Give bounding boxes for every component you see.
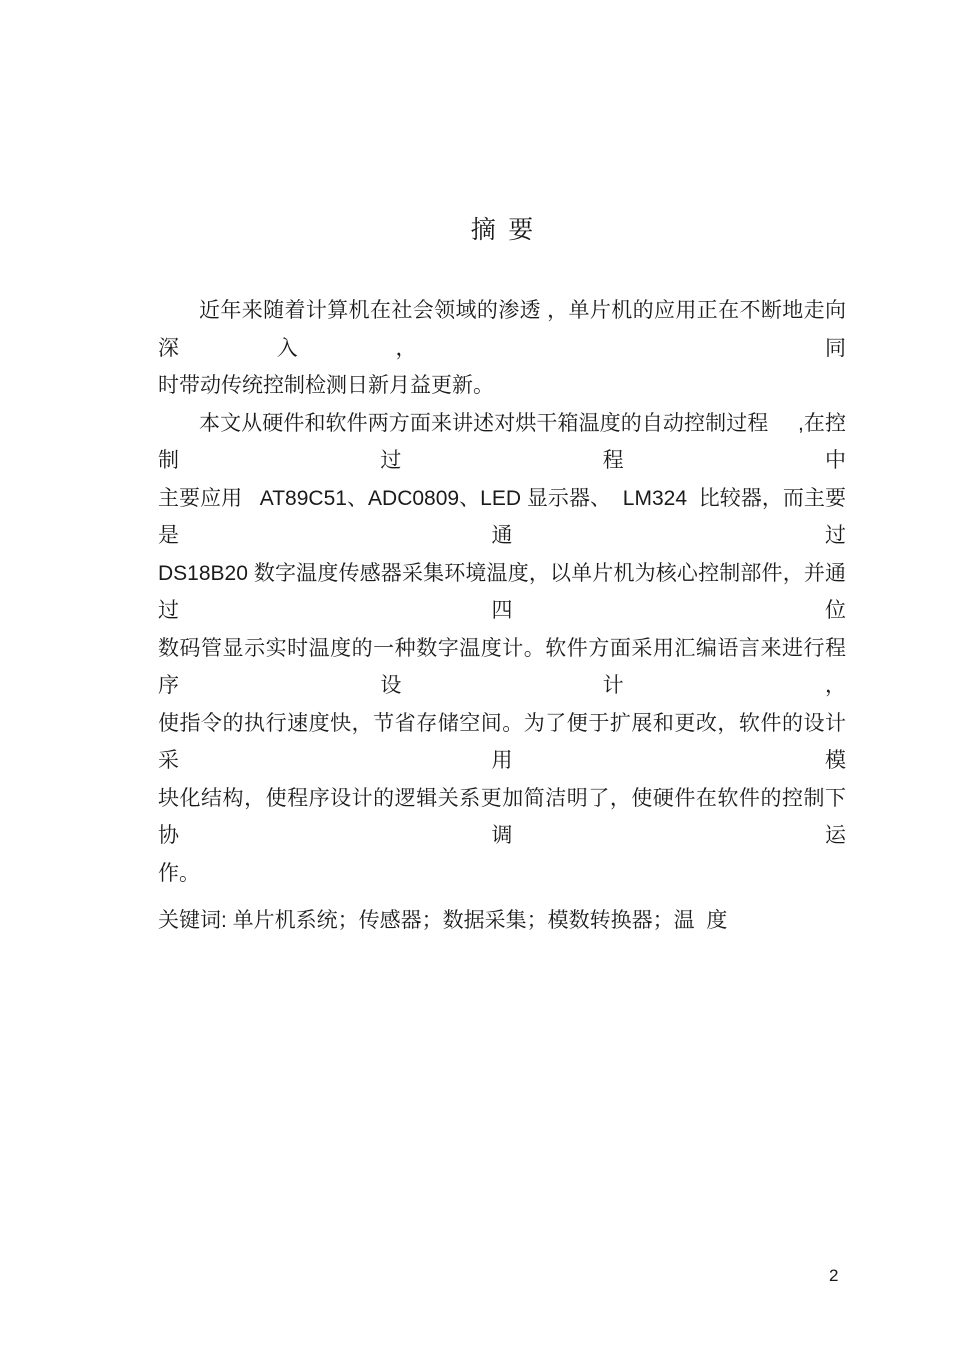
paragraph2-line-3: DS18B20 数字温度传感器采集环境温度，以单片机为核心控制部件，并通过四位 <box>158 555 846 630</box>
paragraph2-line-6: 块化结构，使程序设计的逻辑关系更加简洁明了，使硬件在软件的控制下协调运 <box>158 780 846 855</box>
abstract-body: 近年来随着计算机在社会领域的渗透 ，单片机的应用正在不断地走向深入， 同 时带动… <box>158 292 846 940</box>
paragraph1-line-2: 时带动传统控制检测日新月益更新。 <box>158 367 846 405</box>
paragraph2-line-2: 主要应用 AT89C51、ADC0809、LED 显示器、 LM324 比较器，… <box>158 480 846 555</box>
paragraph1-line-1: 近年来随着计算机在社会领域的渗透 ，单片机的应用正在不断地走向深入， 同 <box>158 292 846 367</box>
paragraph2-line-1: 本文从硬件和软件两方面来讲述对烘干箱温度的自动控制过程 ,在控制过程中 <box>158 405 846 480</box>
paragraph2-line-4: 数码管显示实时温度的一种数字温度计。软件方面采用汇编语言来进行程序设计， <box>158 630 846 705</box>
abstract-title: 摘 要 <box>158 216 846 246</box>
paragraph2-line-5: 使指令的执行速度快，节省存储空间。为了便于扩展和更改，软件的设计采用模 <box>158 705 846 780</box>
keywords-line: 关键词: 单片机系统；传感器；数据采集；模数转换器；温 度 <box>158 902 846 940</box>
document-page: 摘 要 近年来随着计算机在社会领域的渗透 ，单片机的应用正在不断地走向深入， 同… <box>0 0 956 1353</box>
page-number: 2 <box>829 1266 838 1286</box>
paragraph2-line-7: 作。 <box>158 855 846 893</box>
